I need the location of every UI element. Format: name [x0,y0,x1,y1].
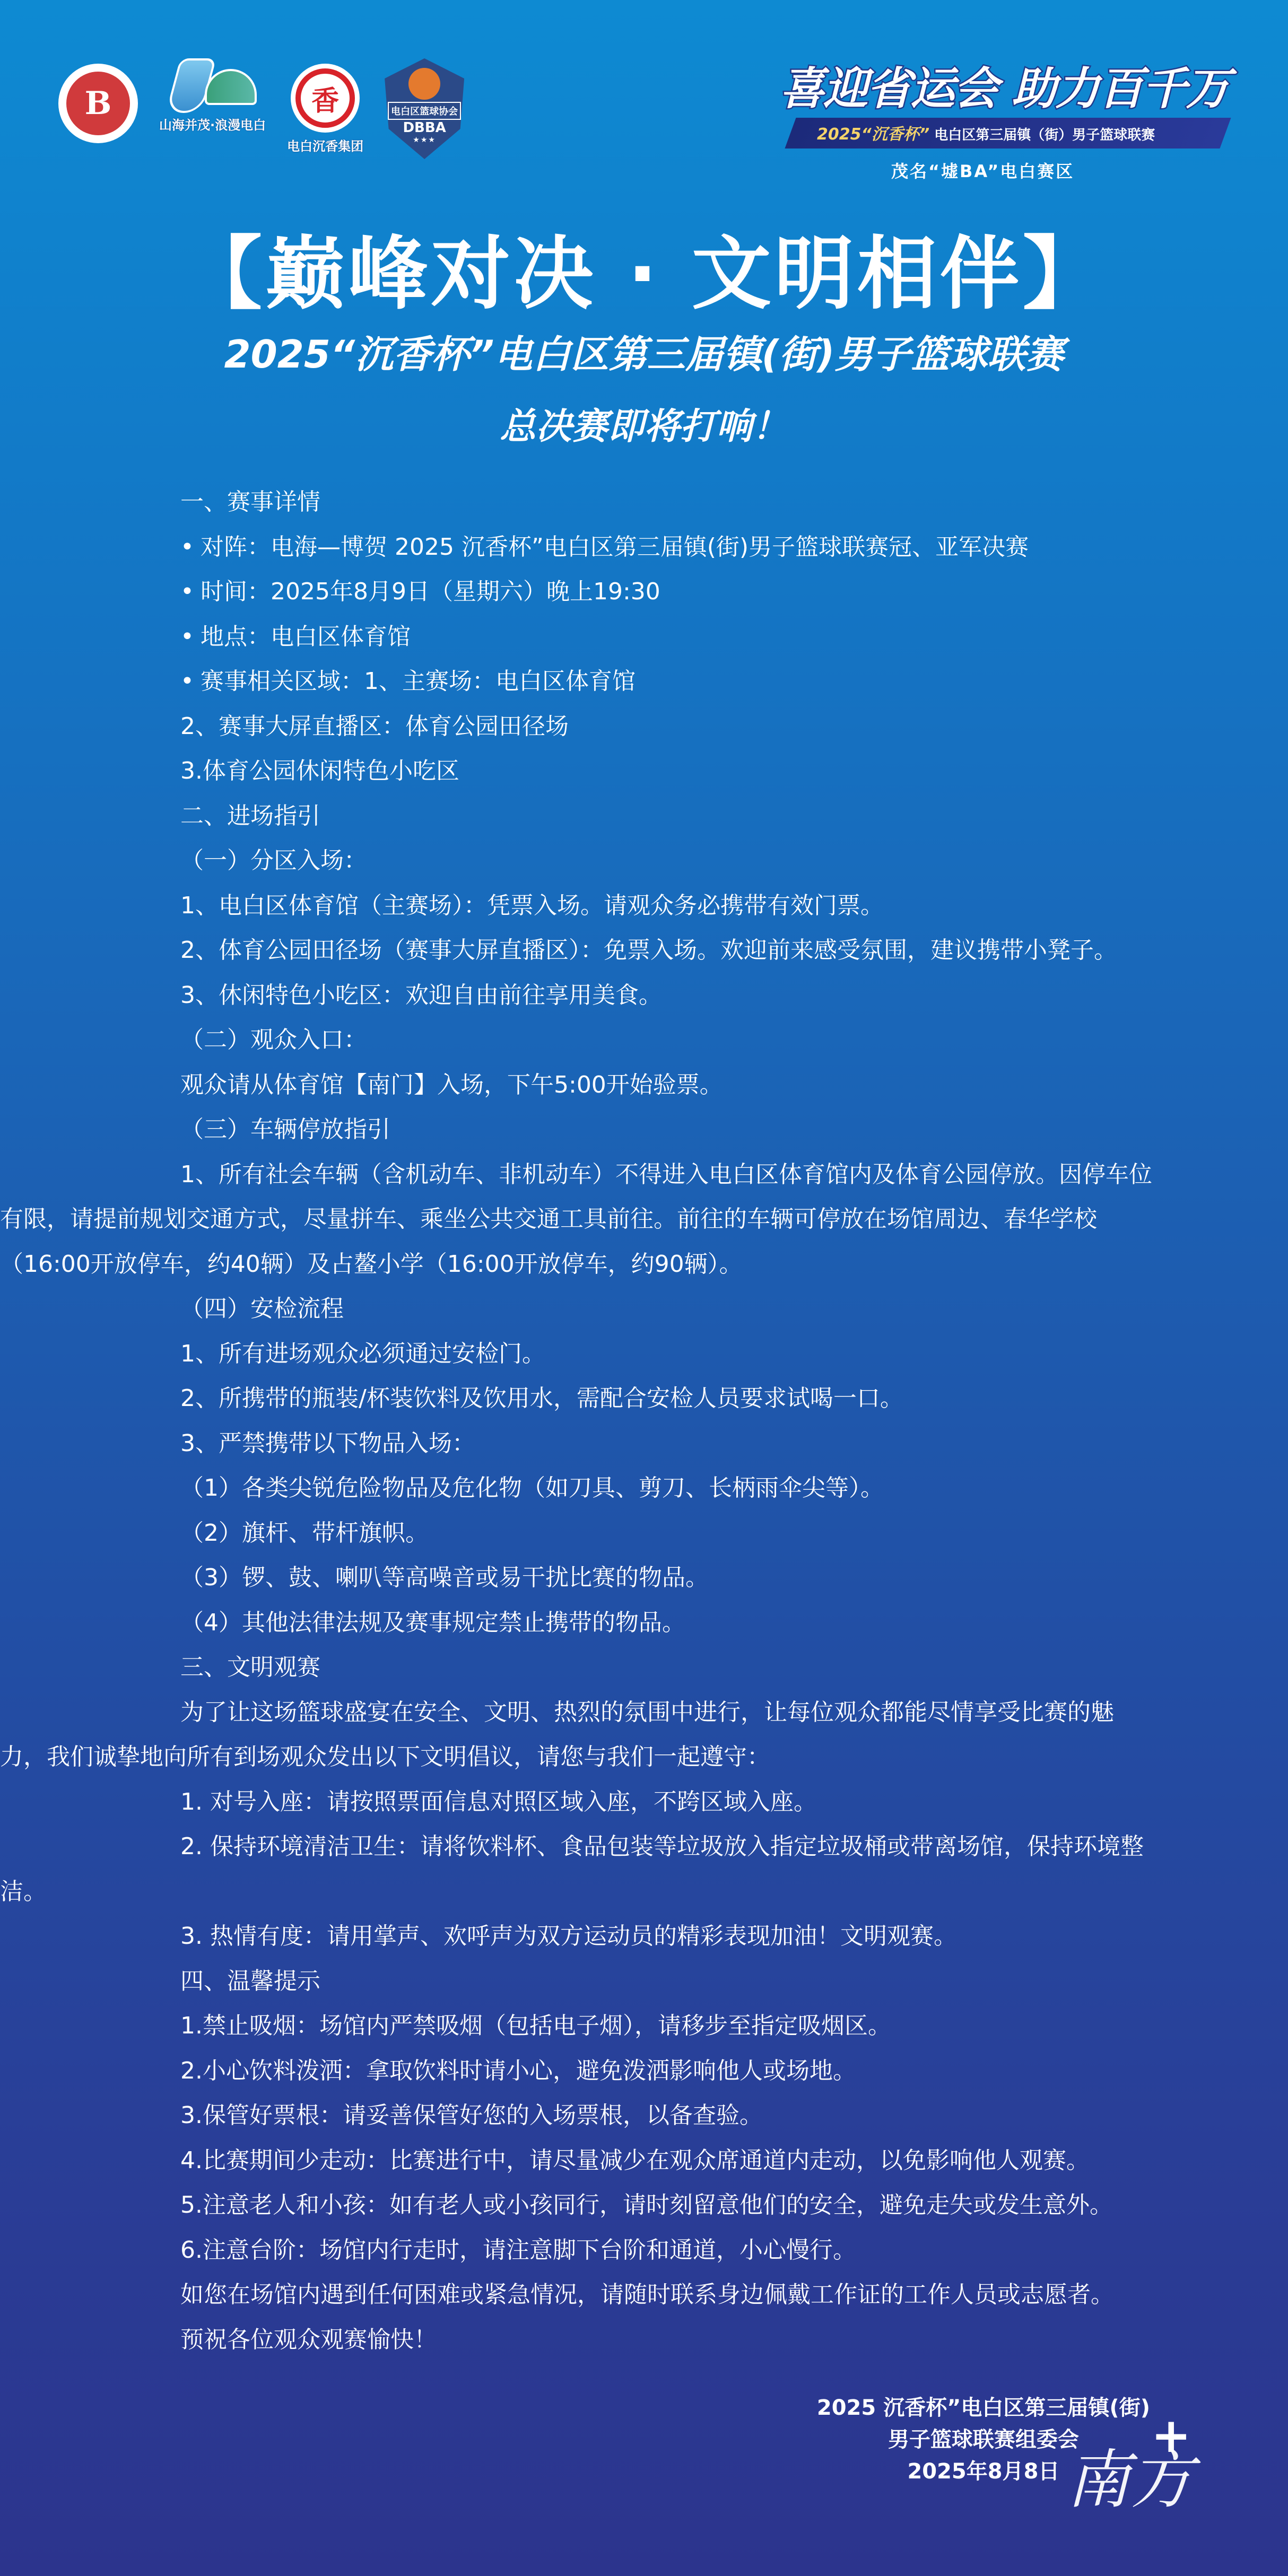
list-item: 赛事相关区域：1、主赛场：电白区体育馆 [180,659,1156,704]
slogan-band-text: 2025“沉香杯” 电白区第三届镇（街）男子篮球联赛 [817,121,1155,144]
list-item: 4.比赛期间少走动：比赛进行中，请尽量减少在观众席通道内走动，以免影响他人观赛。 [180,2138,1156,2184]
nanfang-plus-watermark: 南方 + [1066,2408,1188,2514]
list-item: 2、赛事大屏直播区：体育公园田径场 [180,704,1156,749]
list-item: 1、所有进场观众必须通过安检门。 [180,1332,1156,1377]
list-item: 1. 对号入座：请按照票面信息对照区域入座，不跨区域入座。 [180,1780,1156,1825]
xiang-seal-icon: 香 [295,68,355,128]
haoxin-maoming-logo: B 好心茂名 [58,58,138,143]
list-item: （2）旗杆、带杆旗帜。 [180,1511,1156,1556]
notice-body: 一、赛事详情 对阵：电海—博贺 2025 沉香杯”电白区第三届镇(街)男子篮球联… [180,480,1156,2362]
wave-icon [168,58,258,111]
shanhai-caption: 山海并茂·浪漫电白 [159,115,266,133]
chenxiang-group-logo: 香 电白沉香集团 [287,58,363,154]
subsection-heading: （一）分区入场： [180,839,1156,884]
paragraph: 为了让这场篮球盛宴在安全、文明、热烈的氛围中进行，让每位观众都能尽情享受比赛的魅… [0,1690,1156,1780]
list-item: 2、所携带的瓶装/杯装饮料及饮用水，需配合安检人员要求试喝一口。 [180,1376,1156,1421]
section-heading: 四、温馨提示 [180,1959,1156,2004]
list-item: （3）锣、鼓、喇叭等高噪音或易干扰比赛的物品。 [180,1556,1156,1601]
page-title: 【巅峰对决 · 文明相伴】 [0,209,1288,324]
closing-note: 如您在场馆内遇到任何困难或紧急情况，请随时联系身边佩戴工作证的工作人员或志愿者。 [180,2273,1156,2318]
list-item: 6.注意台阶：场馆内行走时，请注意脚下台阶和通道，小心慢行。 [180,2228,1156,2273]
list-item: （4）其他法律法规及赛事规定禁止携带的物品。 [180,1601,1156,1646]
paragraph: 观众请从体育馆【南门】入场，下午5:00开始验票。 [180,1063,1156,1108]
list-item: 2. 保持环境清洁卫生：请将饮料杯、食品包装等垃圾放入指定垃圾桶或带离场馆，保持… [0,1824,1156,1914]
slogan-badge: 喜迎省运会 助力百千万 2025“沉香杯” 电白区第三届镇（街）男子篮球联赛 茂… [780,53,1241,191]
list-item: 地点：电白区体育馆 [180,615,1156,660]
shanhai-logo: 山海并茂·浪漫电白 [159,58,266,133]
plus-icon: + [1151,2408,1191,2464]
haoxin-emblem-icon: B [66,72,130,135]
list-item: 5.注意老人和小孩：如有老人或小孩同行，请时刻留意他们的安全，避免走失或发生意外… [180,2183,1156,2228]
section-heading: 三、文明观赛 [180,1645,1156,1690]
section-heading: 一、赛事详情 [180,480,1156,525]
list-item: 1.禁止吸烟：场馆内严禁吸烟（包括电子烟），请移步至指定吸烟区。 [180,2004,1156,2049]
list-item: 3、严禁携带以下物品入场： [180,1421,1156,1466]
dbba-logo: 电白区篮球协会 DBBA ★★★ [385,58,464,159]
page-tagline: 总决赛即将打响！ [0,398,1288,449]
closing-note: 预祝各位观众观赛愉快！ [180,2318,1156,2363]
list-item: 2.小心饮料泼洒：拿取饮料时请小心，避免泼洒影响他人或场地。 [180,2049,1156,2094]
list-item: （1）各类尖锐危险物品及危化物（如刀具、剪刀、长柄雨伞尖等）。 [180,1466,1156,1511]
subsection-heading: （三）车辆停放指引 [180,1107,1156,1152]
list-item: 3. 热情有度：请用掌声、欢呼声为双方运动员的精彩表现加油！文明观赛。 [180,1914,1156,1959]
page-subtitle: 2025“沉香杯”电白区第三届镇(街)男子篮球联赛 [0,324,1288,379]
dbba-shield-icon: 电白区篮球协会 DBBA ★★★ [385,58,464,159]
list-item: 时间：2025年8月9日（星期六）晚上19:30 [180,570,1156,615]
list-item: 1、电白区体育馆（主赛场）：凭票入场。请观众务必携带有效门票。 [180,884,1156,929]
subsection-heading: （二）观众入口： [180,1018,1156,1063]
paragraph: 1、所有社会车辆（含机动车、非机动车）不得进入电白区体育馆内及体育公园停放。因停… [0,1152,1156,1287]
list-item: 3、休闲特色小吃区：欢迎自由前往享用美食。 [180,973,1156,1018]
chenxiang-caption: 电白沉香集团 [287,136,363,154]
list-item: 对阵：电海—博贺 2025 沉香杯”电白区第三届镇(街)男子篮球联赛冠、亚军决赛 [180,525,1156,570]
basketball-icon [408,68,440,100]
section-heading: 二、进场指引 [180,794,1156,839]
list-item: 2、体育公园田径场（赛事大屏直播区）：免票入场。欢迎前来感受氛围，建议携带小凳子… [180,928,1156,973]
subsection-heading: （四）安检流程 [180,1287,1156,1332]
list-item: 3.保管好票根：请妥善保管好您的入场票根，以备查验。 [180,2093,1156,2138]
slogan-sub: 茂名“墟BA”电白赛区 [891,158,1074,182]
slogan-main: 喜迎省运会 助力百千万 [780,53,1229,117]
list-item: 3.体育公园休闲特色小吃区 [180,749,1156,794]
sponsor-logos: B 好心茂名 山海并茂·浪漫电白 香 电白沉香集团 电白区篮球协会 DBBA ★… [58,58,464,159]
